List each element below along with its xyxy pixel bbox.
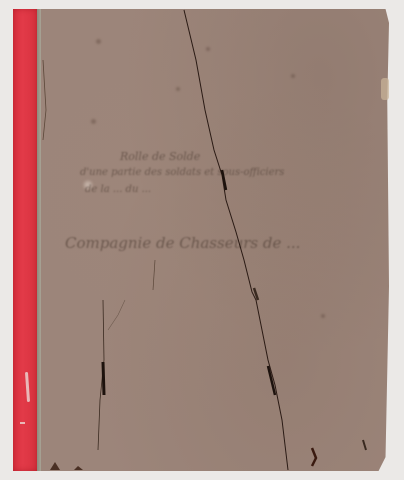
spine-scuff bbox=[20, 422, 25, 424]
stain bbox=[91, 119, 96, 124]
stain bbox=[206, 47, 210, 51]
inscription-line-4: Compagnie de Chasseurs de ... bbox=[65, 234, 300, 252]
inscription-line-3: de la ... du ... bbox=[85, 184, 151, 195]
stain bbox=[176, 87, 180, 91]
inscription-line-1: Rolle de Solde bbox=[120, 150, 200, 163]
spine-edge bbox=[37, 9, 41, 471]
inscription-line-2: d'une partie des soldats et sous-officie… bbox=[80, 167, 284, 178]
photo-background: Rolle de Solde d'une partie des soldats … bbox=[0, 0, 404, 480]
worn-corner bbox=[381, 78, 389, 100]
red-spine bbox=[13, 9, 37, 471]
stain bbox=[321, 314, 325, 318]
stain bbox=[291, 74, 295, 78]
stain bbox=[96, 39, 101, 44]
